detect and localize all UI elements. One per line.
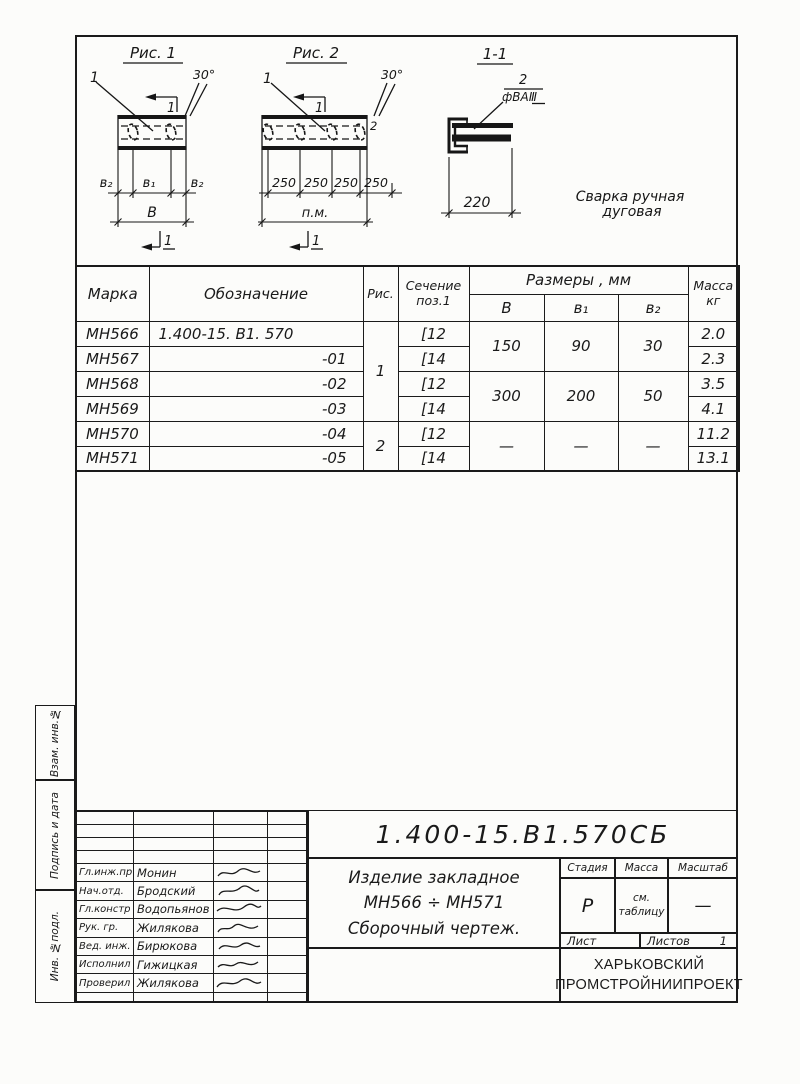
dim-b1: в₁ (143, 176, 156, 191)
title-block: 1.400-15.В1.570СБ Изделие закладное МН56… (308, 810, 738, 1003)
cell-oboznachenie: -05 (149, 446, 363, 471)
dim-250: 250 (364, 175, 388, 190)
cell-marka: МН566 (76, 321, 149, 346)
margin-label-podpis: Подпись и дата (49, 792, 61, 879)
figure-2: Рис. 2 1 30° 1 (258, 44, 403, 251)
cell-sechenie: [12 (398, 421, 469, 446)
fig1-dimensions: в₂ в₁ в₂ В (100, 150, 204, 227)
signature-scribble (214, 901, 264, 917)
cell-oboznachenie: -02 (149, 371, 363, 396)
drawing-subject: Изделие закладное МН566 ÷ МН571 Сборочны… (308, 858, 560, 948)
signature-role: Вед. инж. (77, 941, 131, 952)
fig2-cut-mark-bottom: 1 (289, 231, 323, 251)
cell-marka: МН571 (76, 446, 149, 471)
col-header-massa-line2: кг (689, 294, 739, 308)
signature-row: Исполнил Гижицкая (77, 956, 306, 974)
margin-box-inv: Инв. №подл. (35, 890, 75, 1003)
weld-note-line2: дуговая (601, 204, 661, 220)
col-header-oboznachenie: Обозначение (149, 266, 363, 321)
col-header-b2: в₂ (618, 294, 688, 321)
weld-note: Сварка ручная дуговая (576, 189, 685, 220)
signature-role: Нач.отд. (77, 886, 124, 897)
signature-name: Гижицкая (134, 958, 197, 972)
signature-row: Нач.отд. Бродский (77, 882, 306, 900)
empty-row (77, 993, 306, 1001)
signature-name: Жилякова (134, 976, 199, 990)
fig2-dimensions: 250 250 250 250 п.м. (258, 150, 402, 227)
cell-dim-b2: 30 (618, 321, 688, 371)
dim-220: 220 (464, 195, 491, 211)
signature-role: Исполнил (77, 959, 130, 970)
signature-block: Гл.инж.пр Монин Нач.отд. Бродский Гл.кон… (75, 810, 308, 1003)
sheets-cell: Листов 1 (640, 933, 738, 948)
signature-scribble (214, 957, 264, 973)
dim-B: В (147, 205, 157, 221)
signature-role: Гл.инж.пр (77, 867, 132, 878)
cut-mark-label: 1 (164, 234, 172, 249)
signature-scribble (214, 865, 264, 881)
scale-value: — (668, 878, 738, 933)
cut-mark-label: 1 (167, 101, 175, 116)
cell-dim-b1: 90 (544, 321, 618, 371)
organization-name: ХАРЬКОВСКИЙ ПРОМСТРОЙНИИПРОЕКТ (560, 948, 738, 1003)
fig2-title: Рис. 2 (293, 44, 339, 62)
cell-dim-b2: — (618, 421, 688, 471)
signature-scribble (214, 975, 264, 991)
empty-cell (308, 948, 560, 1003)
signature-name: Водопьянов (134, 902, 209, 916)
col-header-massa: Масса кг (688, 266, 739, 321)
sheets-label: Листов (647, 934, 690, 948)
col-header-sechenie-line2: поз.1 (399, 294, 469, 308)
cell-dim-b2: 50 (618, 371, 688, 421)
section-title: 1-1 (483, 45, 508, 63)
col-header-sechenie-line1: Сечение (399, 279, 469, 293)
sheet-cell: Лист (560, 933, 640, 948)
cell-oboznachenie: 1.400-15. В1. 570 (149, 321, 363, 346)
section-dimensions: 220 (441, 148, 521, 218)
dim-250: 250 (334, 175, 358, 190)
signature-row: Гл.инж.пр Монин (77, 864, 306, 882)
cell-massa: 4.1 (688, 396, 739, 421)
fig1-cut-mark-top: 1 (145, 94, 177, 117)
signature-name: Монин (134, 866, 176, 880)
signature-scribble (214, 938, 264, 954)
dim-b2-right: в₂ (191, 176, 204, 191)
signature-role: Рук. гр. (77, 922, 118, 933)
signature-name: Бродский (134, 884, 195, 898)
margin-box-podpis: Подпись и дата (35, 780, 75, 890)
fig2-pos2-label: 2 (370, 119, 377, 133)
stage-header: Стадия (560, 858, 615, 878)
mass-value-line2: таблицу (619, 906, 665, 919)
cell-sechenie: [12 (398, 321, 469, 346)
fig1-plate (118, 115, 186, 150)
revision-row (77, 825, 306, 838)
signature-role: Проверил (77, 978, 130, 989)
cell-sechenie: [14 (398, 446, 469, 471)
cell-ris-group1: 1 (363, 321, 398, 421)
col-header-marka: Марка (76, 266, 149, 321)
cell-dim-B: 150 (469, 321, 544, 371)
signature-row: Рук. гр. Жилякова (77, 919, 306, 937)
dim-b2-left: в₂ (100, 176, 113, 191)
table-row: МН568 -02 [12 300 200 50 3.5 (76, 371, 739, 396)
margin-label-inv: Инв. №подл. (49, 911, 61, 981)
signature-row: Проверил Жилякова (77, 974, 306, 992)
welded-rod (452, 123, 513, 142)
mass-value-line1: см. (633, 892, 650, 905)
fig2-cut-mark-top: 1 (293, 94, 325, 117)
drawing-sheet: Рис. 1 1 30° 1 (0, 0, 800, 1084)
figures-canvas: Рис. 1 1 30° 1 (75, 35, 738, 265)
cell-dim-B: — (469, 421, 544, 471)
signature-row: Вед. инж. Бирюкова (77, 938, 306, 956)
col-header-razmery: Размеры , мм (469, 266, 688, 294)
dim-250: 250 (304, 175, 328, 190)
signature-name: Жилякова (134, 921, 199, 935)
rebar-spec-label: фВАⅢ (502, 90, 537, 104)
cell-dim-b1: — (544, 421, 618, 471)
document-number: 1.400-15.В1.570СБ (308, 810, 738, 858)
subject-line3: Сборочный чертеж. (348, 916, 520, 942)
sheets-value: 1 (720, 934, 727, 948)
revision-row (77, 812, 306, 825)
cell-sechenie: [14 (398, 346, 469, 371)
margin-label-vzam: Взам. инв.№ (49, 708, 61, 777)
cell-massa: 11.2 (688, 421, 739, 446)
cut-mark-label: 1 (312, 234, 320, 249)
revision-row (77, 838, 306, 851)
cell-massa: 2.3 (688, 346, 739, 371)
signature-scribble (214, 883, 264, 899)
col-header-B: В (469, 294, 544, 321)
mass-header: Масса (615, 858, 668, 878)
cell-marka: МН567 (76, 346, 149, 371)
margin-box-vzam: Взам. инв.№ (35, 705, 75, 780)
cell-dim-b1: 200 (544, 371, 618, 421)
mass-value: см. таблицу (615, 878, 668, 933)
cell-marka: МН568 (76, 371, 149, 396)
fig2-pos1-label: 1 (263, 71, 272, 87)
section-pos2-label: 2 (519, 73, 527, 88)
col-header-massa-line1: Масса (689, 279, 739, 293)
subject-line2: МН566 ÷ МН571 (364, 890, 505, 916)
parts-table: Марка Обозначение Рис. Сечение поз.1 Раз… (75, 265, 740, 472)
table-row: МН570 -04 2 [12 — — — 11.2 (76, 421, 739, 446)
cell-marka: МН570 (76, 421, 149, 446)
fig1-title: Рис. 1 (130, 44, 176, 62)
signature-scribble (214, 920, 264, 936)
cell-marka: МН569 (76, 396, 149, 421)
col-header-b1: в₁ (544, 294, 618, 321)
organization-line1: ХАРЬКОВСКИЙ (594, 956, 704, 976)
weld-note-line1: Сварка ручная (576, 189, 685, 205)
cut-mark-label: 1 (315, 101, 323, 116)
scale-header: Масштаб (668, 858, 738, 878)
organization-line2: ПРОМСТРОЙНИИПРОЕКТ (555, 976, 743, 996)
subject-line1: Изделие закладное (348, 865, 519, 891)
cell-massa: 3.5 (688, 371, 739, 396)
revision-row (77, 851, 306, 864)
cell-ris-group2: 2 (363, 421, 398, 471)
fig1-cut-mark-bottom: 1 (141, 231, 175, 251)
cell-massa: 2.0 (688, 321, 739, 346)
cell-oboznachenie: -04 (149, 421, 363, 446)
cell-massa: 13.1 (688, 446, 739, 471)
signature-name: Бирюкова (134, 939, 197, 953)
cell-sechenie: [12 (398, 371, 469, 396)
col-header-ris: Рис. (363, 266, 398, 321)
dim-pm: п.м. (302, 206, 329, 221)
dim-250: 250 (272, 175, 296, 190)
fig2-angle-label: 30° (381, 67, 403, 82)
figure-1: Рис. 1 1 30° 1 (90, 44, 215, 251)
cell-oboznachenie: -03 (149, 396, 363, 421)
fig2-plate: 2 (262, 115, 378, 150)
cell-oboznachenie: -01 (149, 346, 363, 371)
col-header-sechenie: Сечение поз.1 (398, 266, 469, 321)
signature-row: Гл.констр Водопьянов (77, 901, 306, 919)
cell-dim-B: 300 (469, 371, 544, 421)
stage-value: Р (560, 878, 615, 933)
table-row: МН566 1.400-15. В1. 570 1 [12 150 90 30 … (76, 321, 739, 346)
fig1-angle-label: 30° (193, 67, 215, 82)
section-1-1: 1-1 2 фВАⅢ (441, 45, 684, 220)
cell-sechenie: [14 (398, 396, 469, 421)
signature-role: Гл.констр (77, 904, 131, 915)
